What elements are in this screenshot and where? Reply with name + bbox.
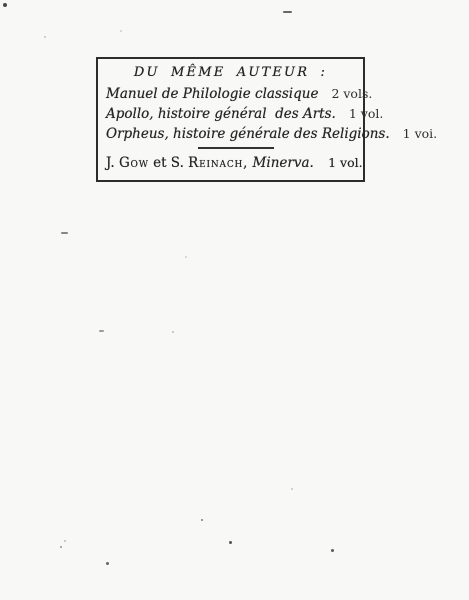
- author-connector: et: [153, 155, 166, 171]
- work-volumes: 1 voi.: [403, 124, 438, 144]
- notice-heading: DU MÊME AUTEUR :: [106, 65, 355, 80]
- scan-speck: [283, 11, 292, 13]
- scan-speck: [64, 540, 66, 542]
- scan-speck: [61, 232, 68, 234]
- work-volumes: 1 vol.: [328, 155, 363, 170]
- separator-rule: [198, 147, 274, 149]
- author-surname: Gow: [119, 155, 149, 171]
- scan-speck: [201, 519, 203, 521]
- author-surname: Reinach,: [188, 155, 248, 171]
- scan-speck: [3, 3, 7, 7]
- scan-speck: [120, 30, 122, 32]
- book-page: DU MÊME AUTEUR : Manuel de Philologie cl…: [0, 0, 469, 600]
- work-line-3: Orpheus, histoire générale des Religions…: [106, 124, 355, 144]
- scan-speck: [331, 549, 334, 552]
- scan-speck: [106, 562, 109, 565]
- work-title: Minerva.: [253, 155, 314, 171]
- author-initial: S.: [171, 155, 184, 171]
- scan-speck: [44, 36, 46, 38]
- scan-speck: [60, 546, 62, 548]
- scan-speck: [291, 488, 293, 490]
- work-volumes: 1 vol.: [349, 104, 384, 124]
- author-initial: J.: [106, 155, 115, 171]
- scan-speck: [99, 330, 104, 332]
- author-line: J. Gow et S. Reinach, Minerva. 1 vol.: [106, 153, 355, 173]
- work-title: Apollo, histoire général des Arts.: [106, 104, 336, 124]
- work-title: Orpheus, histoire générale des Religions…: [106, 124, 390, 144]
- works-notice-box: DU MÊME AUTEUR : Manuel de Philologie cl…: [96, 57, 365, 182]
- work-title: Manuel de Philologie classique: [106, 84, 318, 104]
- scan-speck: [229, 541, 232, 544]
- work-line-1: Manuel de Philologie classique 2 vols.: [106, 84, 355, 104]
- work-line-2: Apollo, histoire général des Arts. 1 vol…: [106, 104, 355, 124]
- work-volumes: 2 vols.: [331, 84, 372, 104]
- scan-speck: [185, 256, 187, 258]
- scan-speck: [172, 331, 174, 333]
